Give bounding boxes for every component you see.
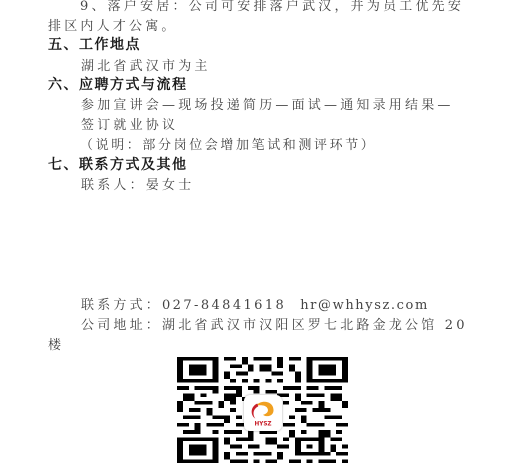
qr-code: HYSZ xyxy=(177,357,348,463)
section-heading-contact: 七、联系方式及其他 xyxy=(48,157,188,173)
address-row: 公司地址：湖北省武汉市汉阳区罗七北路金龙公馆 20 xyxy=(81,318,468,334)
phone-number: 027-84841618 xyxy=(162,298,286,313)
contact-person-label: 联系人： xyxy=(81,178,146,193)
contact-person-row: 联系人：晏女士 xyxy=(81,178,194,194)
benefit-item-9-line1: 9、落户安居：公司可安排落户武汉，并为员工优先安 xyxy=(80,0,464,15)
work-location-text: 湖北省武汉市为主 xyxy=(81,59,211,75)
company-logo: HYSZ xyxy=(244,395,282,431)
section-heading-application-process: 六、应聘方式与流程 xyxy=(48,77,188,93)
contact-method-label: 联系方式： xyxy=(81,298,162,313)
hysz-logo-icon: HYSZ xyxy=(244,395,282,431)
svg-text:HYSZ: HYSZ xyxy=(254,421,271,427)
document-page: 9、落户安居：公司可安排落户武汉，并为员工优先安 排区内人才公寓。 五、工作地点… xyxy=(0,0,514,471)
application-process-line1: 参加宣讲会—现场投递简历—面试—通知录用结果— xyxy=(81,98,454,114)
section-heading-work-location: 五、工作地点 xyxy=(48,37,141,53)
benefit-item-9-line2: 排区内人才公寓。 xyxy=(48,19,178,35)
address-line1: 湖北省武汉市汉阳区罗七北路金龙公馆 20 xyxy=(162,318,468,333)
contact-person-name: 晏女士 xyxy=(146,178,195,193)
application-process-line2: 签订就业协议 xyxy=(81,118,178,134)
contact-method-row: 联系方式：027-84841618hr@whhysz.com xyxy=(81,298,429,314)
address-label: 公司地址： xyxy=(81,318,162,333)
address-line2: 楼 xyxy=(48,338,64,354)
email-address[interactable]: hr@whhysz.com xyxy=(300,298,429,313)
application-process-note: （说明：部分岗位会增加笔试和测评环节） xyxy=(80,138,376,154)
